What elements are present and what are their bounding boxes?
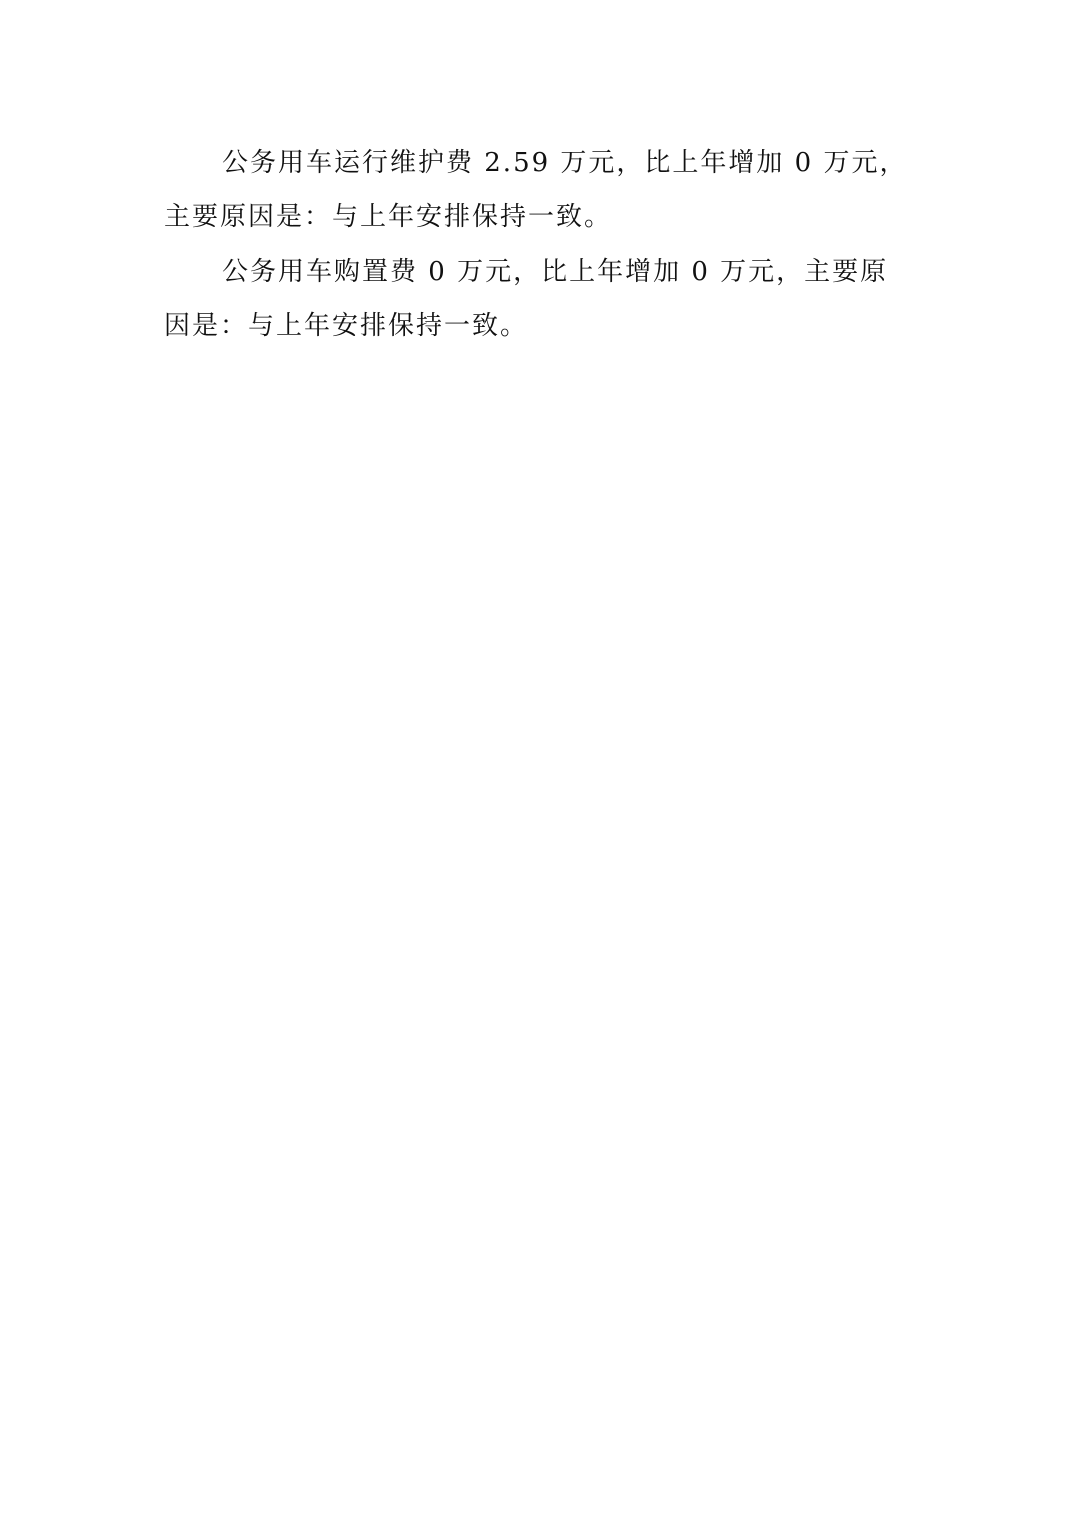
document-page: 公务用车运行维护费 2.59 万元，比上年增加 0 万元，主要原因是：与上年安排… (0, 0, 1074, 1520)
paragraph-vehicle-purchase-cost: 公务用车购置费 0 万元，比上年增加 0 万元，主要原因是：与上年安排保持一致。 (164, 245, 914, 353)
paragraph-vehicle-maintenance-cost: 公务用车运行维护费 2.59 万元，比上年增加 0 万元，主要原因是：与上年安排… (164, 136, 914, 244)
